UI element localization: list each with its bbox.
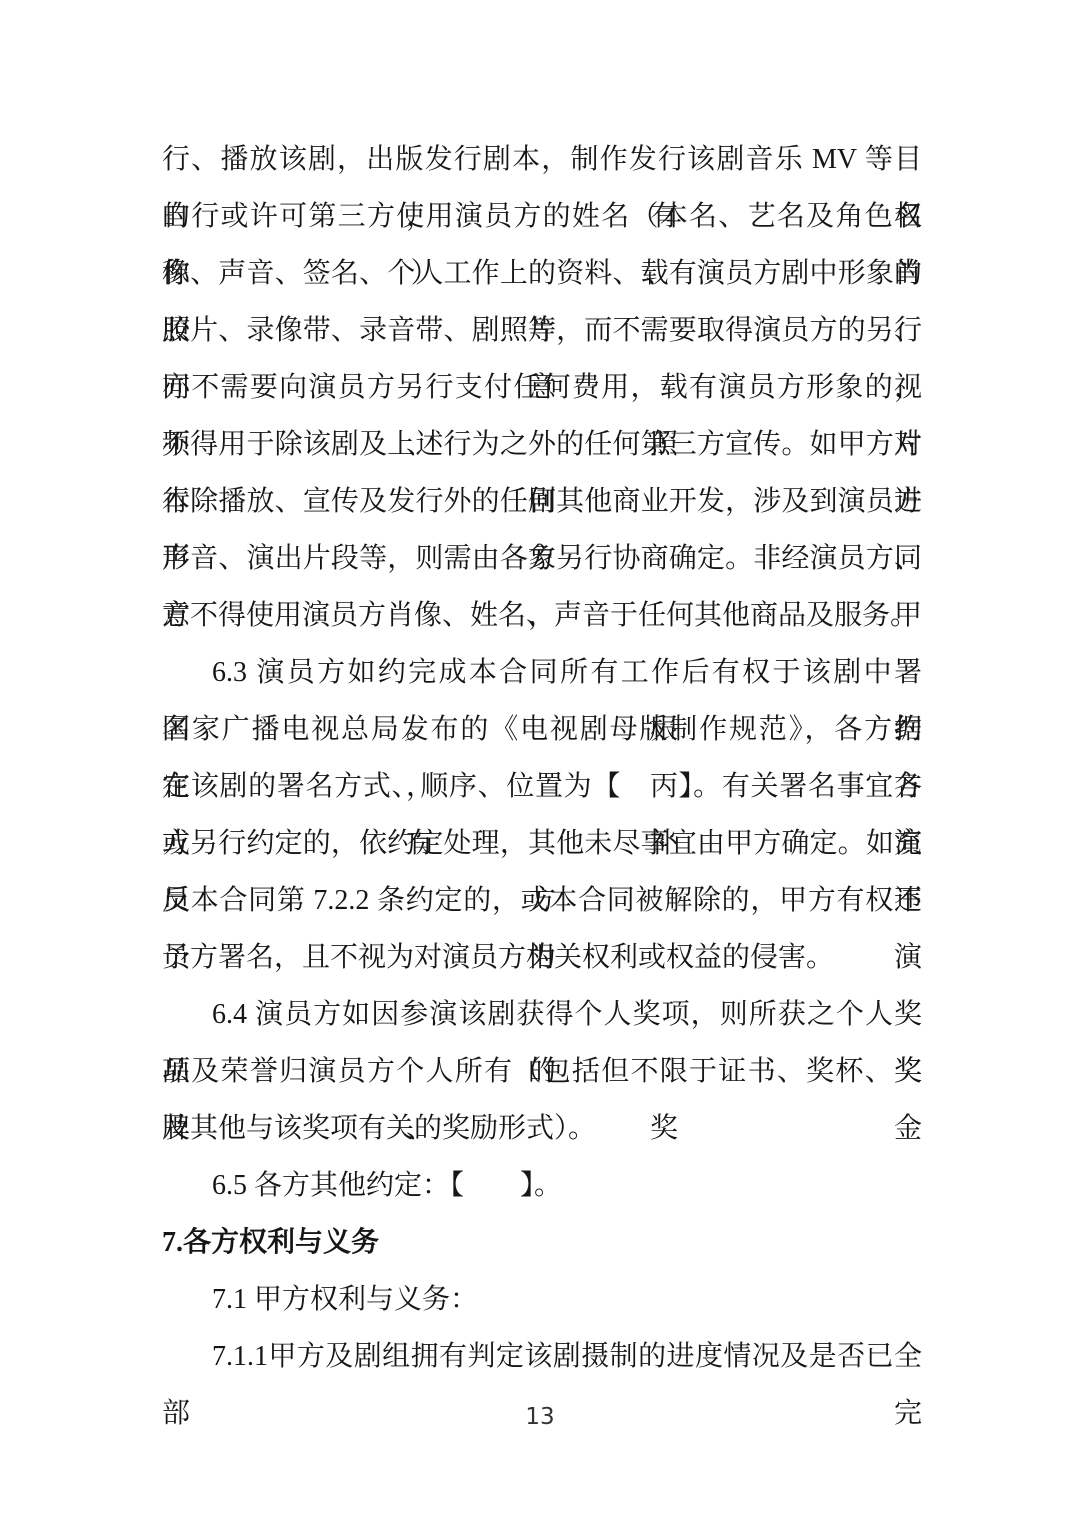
text-line: 胶片、录像带、录音带、剧照等，而不需要取得演员方的另行同意， (162, 302, 922, 359)
text-line: 自行或许可第三方使用演员方的姓名（本名、艺名及角色名称）、肖 (162, 188, 922, 245)
text-line: 亦不需要向演员方另行支付任何费用，载有演员方形象的视频、照片 (162, 359, 922, 416)
text-line: 品及荣誉归演员方个人所有（包括但不限于证书、奖杯、奖牌、奖金 (162, 1043, 922, 1100)
text-line: 或另行约定的，依约定处理，其他未尽事宜由甲方确定。如演员方违 (162, 815, 922, 872)
contract-page: 行、播放该剧，出版发行剧本，制作发行该剧音乐 MV 等目的，有权 自行或许可第三… (0, 0, 1080, 1527)
text-line: 声音、演出片段等，则需由各方另行协商确定。非经演员方同意，甲 (162, 530, 922, 587)
text-line: 方不得使用演员方肖像、姓名、声音于任何其他商品及服务。 (162, 587, 922, 644)
section-heading-7: 7.各方权利与义务 (162, 1214, 922, 1271)
clause-6-4-start: 6.4 演员方如因参演该剧获得个人奖项，则所获之个人奖项的奖 (162, 986, 922, 1043)
text-line: 行除播放、宣传及发行外的任何其他商业开发，涉及到演员方形象、 (162, 473, 922, 530)
clause-6-5: 6.5 各方其他约定：【 】。 (162, 1157, 922, 1214)
text-line: 国家广播电视总局发布的《电视剧母版制作规范》，各方约定，丙方 (162, 701, 922, 758)
text-line: 行、播放该剧，出版发行剧本，制作发行该剧音乐 MV 等目的，有权 (162, 131, 922, 188)
text-line: 员方署名，且不视为对演员方相关权利或权益的侵害。 (162, 929, 922, 986)
text-line: 反本合同第 7.2.2 条约定的，或本合同被解除的，甲方有权不予为演 (162, 872, 922, 929)
clause-6-3-start: 6.3 演员方如约完成本合同所有工作后有权于该剧中署名。根据 (162, 644, 922, 701)
text-line: 像、声音、签名、个人工作上的资料、载有演员方剧中形象的照片、 (162, 245, 922, 302)
document-body: 行、播放该剧，出版发行剧本，制作发行该剧音乐 MV 等目的，有权 自行或许可第三… (162, 131, 922, 1385)
page-number: 13 (0, 1402, 1080, 1432)
text-line: 不得用于除该剧及上述行为之外的任何第三方宣传。如甲方对本剧进 (162, 416, 922, 473)
text-line: 在该剧的署名方式、顺序、位置为【 】。有关署名事宜各方有补充 (162, 758, 922, 815)
clause-7-1: 7.1 甲方权利与义务： (162, 1271, 922, 1328)
clause-7-1-1-start: 7.1.1甲方及剧组拥有判定该剧摄制的进度情况及是否已全部完 (162, 1328, 922, 1385)
